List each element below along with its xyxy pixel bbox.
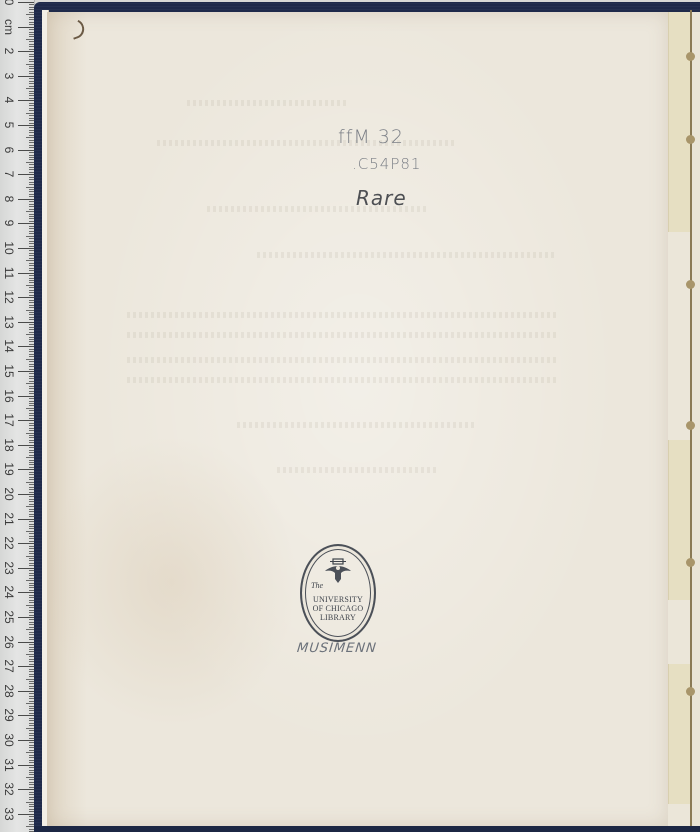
ruler-number: 2 xyxy=(3,43,15,59)
ruler-tick xyxy=(26,679,34,680)
ruler-tick xyxy=(26,285,34,286)
ruler-number: cm xyxy=(3,19,15,35)
show-through-text xyxy=(127,357,557,363)
ruler-tick xyxy=(26,531,34,532)
ruler-tick xyxy=(26,752,34,753)
ruler-number: 8 xyxy=(3,191,15,207)
thread-knot xyxy=(686,558,695,567)
call-number-line1: ffM 32 xyxy=(338,126,404,148)
ruler-tick xyxy=(26,187,34,188)
show-through-text xyxy=(127,332,557,338)
ruler-number: 22 xyxy=(3,535,15,551)
binding-stub xyxy=(668,664,691,804)
ruler-tick xyxy=(26,629,34,630)
show-through-text xyxy=(127,312,557,318)
ruler-tick xyxy=(26,826,34,827)
thread-knot xyxy=(686,135,695,144)
ruler-number: 30 xyxy=(3,732,15,748)
ruler-tick xyxy=(18,740,34,741)
ruler-number: 4 xyxy=(3,92,15,108)
thread-knot xyxy=(686,280,695,289)
ruler-tick xyxy=(26,113,34,114)
ruler-tick xyxy=(18,150,34,151)
ruler-tick xyxy=(18,543,34,544)
ruler-number: 21 xyxy=(3,511,15,527)
ruler-tick xyxy=(18,519,34,520)
stamp-line3: LIBRARY xyxy=(302,613,374,622)
rare-note: Rare xyxy=(356,186,407,210)
ruler-tick xyxy=(18,371,34,372)
book-cover-bottom xyxy=(34,826,700,832)
ruler-tick xyxy=(18,789,34,790)
show-through-text xyxy=(187,100,347,106)
ruler-tick xyxy=(18,51,34,52)
ruler-tick xyxy=(26,260,34,261)
page-edge-right xyxy=(692,12,700,826)
thread-knot xyxy=(686,52,695,61)
ruler-number: 14 xyxy=(3,338,15,354)
ruler-tick xyxy=(18,691,34,692)
ruler-number: 26 xyxy=(3,634,15,650)
ruler-number: 0 xyxy=(3,0,15,10)
show-through-text xyxy=(237,422,477,428)
ruler-tick xyxy=(26,802,34,803)
ruler-number: 18 xyxy=(3,437,15,453)
binding-stub xyxy=(668,440,691,600)
ruler-tick xyxy=(18,346,34,347)
ruler-tick xyxy=(18,617,34,618)
ruler-number: 33 xyxy=(3,806,15,822)
ruler-number: 13 xyxy=(3,314,15,330)
ruler-tick xyxy=(18,445,34,446)
ruler-tick xyxy=(18,223,34,224)
ruler-tick xyxy=(26,728,34,729)
library-stamp: The UNIVERSITY OF CHICAGO LIBRARY xyxy=(300,544,376,642)
ruler-number: 17 xyxy=(3,412,15,428)
ruler-tick xyxy=(18,592,34,593)
stamp-pencil-note: MUSIMENN xyxy=(296,641,377,656)
ruler-tick xyxy=(26,310,34,311)
stamp-line1: UNIVERSITY xyxy=(302,595,374,604)
ruler-tick xyxy=(26,703,34,704)
measuring-ruler: 0cm2345678910111213141516171819202122232… xyxy=(0,0,35,832)
ruler-tick xyxy=(26,433,34,434)
ruler-tick xyxy=(18,297,34,298)
ruler-tick xyxy=(26,64,34,65)
ruler-tick xyxy=(26,556,34,557)
stamp-line2: OF CHICAGO xyxy=(302,604,374,613)
ruler-tick xyxy=(18,765,34,766)
ruler-number: 12 xyxy=(3,289,15,305)
ruler-number: 11 xyxy=(3,265,15,281)
ruler-tick xyxy=(26,605,34,606)
ruler-tick xyxy=(18,814,34,815)
ruler-tick xyxy=(18,27,34,28)
ruler-tick xyxy=(26,506,34,507)
ruler-tick xyxy=(18,174,34,175)
ruler-tick xyxy=(26,383,34,384)
ruler-tick xyxy=(18,199,34,200)
ruler-number: 7 xyxy=(3,166,15,182)
ruler-number: 27 xyxy=(3,658,15,674)
ruler-number: 3 xyxy=(3,68,15,84)
ruler-tick xyxy=(18,715,34,716)
ruler-tick xyxy=(18,125,34,126)
thread-knot xyxy=(686,687,695,696)
ruler-tick xyxy=(26,359,34,360)
ruler-tick xyxy=(18,248,34,249)
ruler-tick xyxy=(26,457,34,458)
ruler-tick xyxy=(18,322,34,323)
ruler-tick xyxy=(18,666,34,667)
binding-stub xyxy=(668,12,691,232)
ruler-tick xyxy=(18,568,34,569)
ruler-tick xyxy=(18,469,34,470)
ruler-tick xyxy=(26,654,34,655)
show-through-text xyxy=(127,377,557,383)
call-number-line2: .C54P81 xyxy=(352,155,421,173)
ruler-tick xyxy=(18,420,34,421)
ruler-number: 24 xyxy=(3,584,15,600)
ruler-number: 23 xyxy=(3,560,15,576)
ruler-tick xyxy=(26,408,34,409)
ruler-tick xyxy=(26,162,34,163)
phoenix-crest-icon xyxy=(324,558,352,584)
ruler-tick xyxy=(26,236,34,237)
ruler-number: 5 xyxy=(3,117,15,133)
ruler-tick xyxy=(26,580,34,581)
ruler-number: 29 xyxy=(3,707,15,723)
ruler-number: 9 xyxy=(3,215,15,231)
ruler-tick xyxy=(26,334,34,335)
ruler-number: 28 xyxy=(3,683,15,699)
ruler-tick xyxy=(26,88,34,89)
ruler-tick xyxy=(26,39,34,40)
ruler-tick xyxy=(26,137,34,138)
ruler-number: 10 xyxy=(3,240,15,256)
ruler-number: 19 xyxy=(3,461,15,477)
ruler-number: 16 xyxy=(3,388,15,404)
ruler-tick xyxy=(26,14,34,15)
ruler-number: 25 xyxy=(3,609,15,625)
ruler-tick xyxy=(18,273,34,274)
ruler-tick xyxy=(26,777,34,778)
ruler-number: 31 xyxy=(3,757,15,773)
ruler-number: 6 xyxy=(3,142,15,158)
ruler-number: 15 xyxy=(3,363,15,379)
ruler-number: 32 xyxy=(3,781,15,797)
stamp-the: The xyxy=(311,581,323,590)
ruler-tick xyxy=(18,396,34,397)
ruler-number: 20 xyxy=(3,486,15,502)
thread-knot xyxy=(686,421,695,430)
ruler-tick xyxy=(18,494,34,495)
ruler-tick xyxy=(18,100,34,101)
ruler-tick xyxy=(18,642,34,643)
binding-thread xyxy=(690,10,692,826)
show-through-text xyxy=(157,140,457,146)
show-through-text xyxy=(257,252,557,258)
ruler-tick xyxy=(26,211,34,212)
ruler-tick xyxy=(26,482,34,483)
show-through-text xyxy=(277,467,437,473)
ruler-tick xyxy=(18,76,34,77)
ruler-tick xyxy=(18,2,34,3)
